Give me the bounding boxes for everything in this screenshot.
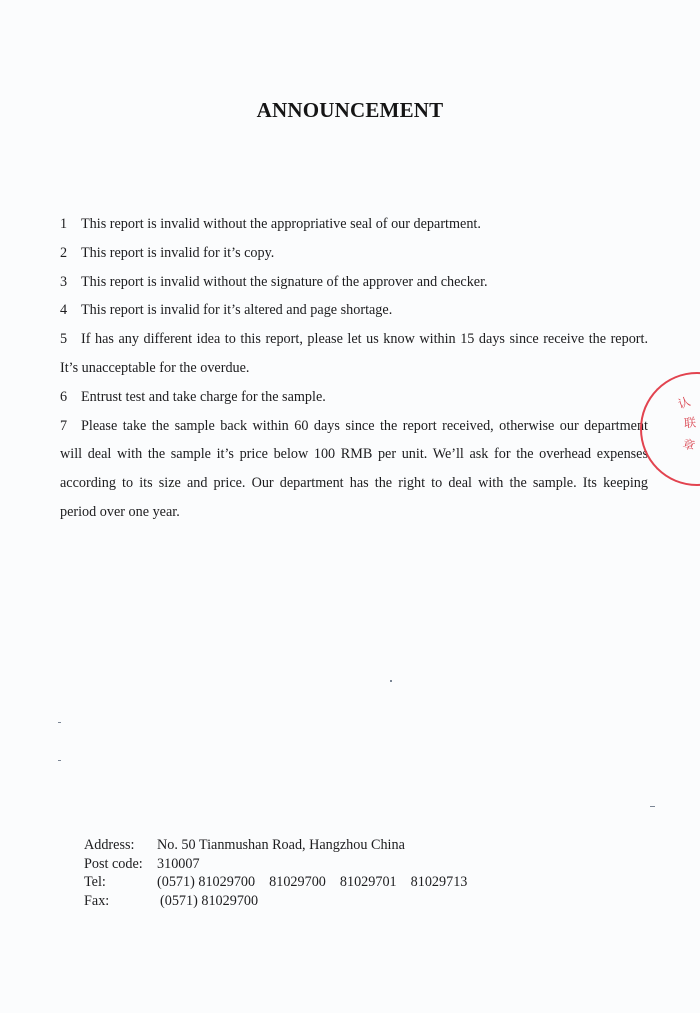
seal-character: 联 [683,414,696,432]
scan-speck [58,722,61,723]
announcement-list: 1This report is invalid without the appr… [60,210,648,527]
scan-speck [58,760,61,761]
fax-row: Fax:(0571) 81029700 [84,892,481,911]
scan-speck [390,680,392,682]
postcode-row: Post code:310007 [84,855,481,874]
item-text: This report is invalid without the signa… [81,274,488,290]
postcode-label: Post code: [84,855,157,874]
list-item: 6Entrust test and take charge for the sa… [60,383,648,412]
list-item: 7Please take the sample back within 60 d… [60,412,648,441]
fax-label: Fax: [84,892,157,911]
address-row: Address:No. 50 Tianmushan Road, Hangzhou… [84,836,481,855]
item-text: This report is invalid for it’s altered … [81,302,392,318]
tel-value: (0571) 81029700 [157,874,255,890]
address-label: Address: [84,836,157,855]
fax-value: (0571) 81029700 [157,893,258,909]
list-item: 4This report is invalid for it’s altered… [60,296,648,325]
address-value: No. 50 Tianmushan Road, Hangzhou China [157,837,405,853]
list-item-continuation: It’s unacceptable for the overdue. [60,354,648,383]
list-item-continuation: according to its size and price. Our dep… [60,469,648,498]
list-item: 3This report is invalid without the sign… [60,268,648,297]
list-item: 5If has any different idea to this repor… [60,325,648,354]
tel-value: 81029713 [411,874,468,890]
item-text: Please take the sample back within 60 da… [81,418,648,434]
tel-label: Tel: [84,873,157,892]
item-text: If has any different idea to this report… [81,331,648,347]
list-item-continuation: will deal with the sample it’s price bel… [60,440,648,469]
item-text: This report is invalid without the appro… [81,216,481,232]
tel-value: 81029700 [269,874,326,890]
item-number: 7 [60,412,81,441]
item-number: 4 [60,296,81,325]
list-item: 2This report is invalid for it’s copy. [60,239,648,268]
item-number: 1 [60,210,81,239]
item-text: This report is invalid for it’s copy. [81,245,274,261]
tel-row: Tel:(0571) 81029700810297008102970181029… [84,873,481,892]
item-number: 5 [60,325,81,354]
item-number: 6 [60,383,81,412]
list-item-continuation: period over one year. [60,498,648,527]
page-title: ANNOUNCEMENT [0,98,700,123]
scan-speck [650,806,655,807]
list-item: 1This report is invalid without the appr… [60,210,648,239]
postcode-value: 310007 [157,856,200,872]
item-text: Entrust test and take charge for the sam… [81,389,326,405]
tel-value: 81029701 [340,874,397,890]
item-number: 2 [60,239,81,268]
item-number: 3 [60,268,81,297]
contact-block: Address:No. 50 Tianmushan Road, Hangzhou… [84,836,481,910]
